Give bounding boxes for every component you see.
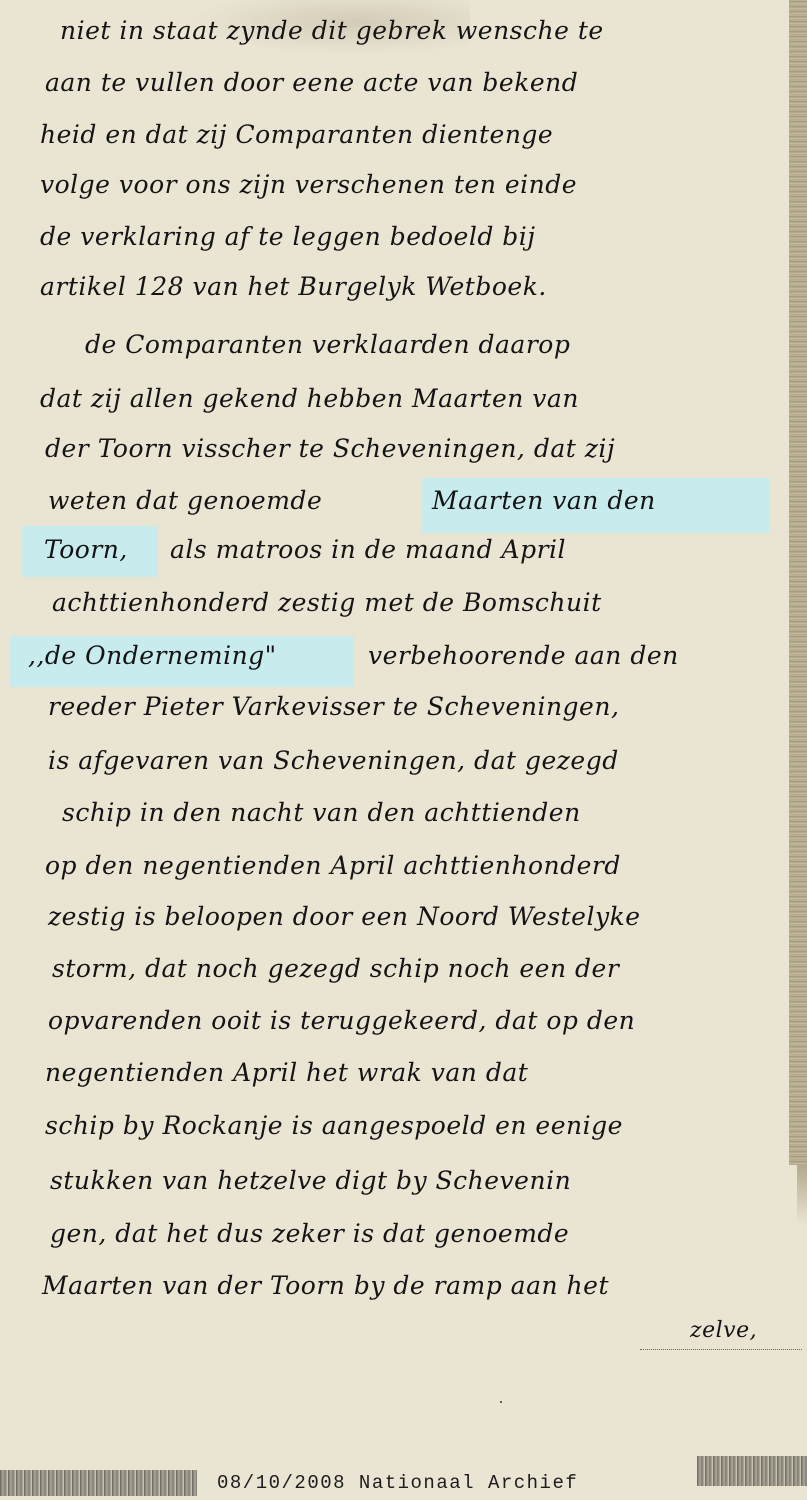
highlighted-text-toorn: Toorn, — [44, 537, 128, 562]
footer-scan-artifact-left — [0, 1470, 197, 1496]
text-line: stukken van hetzelve digt by Schevenin — [50, 1168, 571, 1193]
text-line: schip in den nacht van den achttienden — [62, 800, 581, 825]
text-line-signoff: zelve, — [690, 1320, 757, 1342]
text-line: weten dat genoemde — [48, 488, 322, 513]
highlighted-text-maarten: Maarten van den — [432, 488, 656, 513]
footer-scan-artifact-right — [697, 1456, 807, 1486]
text-line: aan te vullen door eene acte van bekend — [45, 70, 578, 95]
text-line: negentienden April het wrak van dat — [45, 1060, 528, 1085]
text-line: zestig is beloopen door een Noord Westel… — [48, 904, 641, 929]
text-line: dat zij allen gekend hebben Maarten van — [40, 386, 579, 411]
text-line: is afgevaren van Scheveningen, dat gezeg… — [48, 748, 619, 773]
signoff-rule — [640, 1349, 802, 1351]
text-line: niet in staat zynde dit gebrek wensche t… — [60, 18, 604, 43]
text-line: Maarten van der Toorn by de ramp aan het — [42, 1273, 609, 1298]
text-line: op den negentienden April achttienhonder… — [45, 853, 621, 878]
text-line: der Toorn visscher te Scheveningen, dat … — [45, 436, 615, 461]
archival-document-page: niet in staat zynde dit gebrek wensche t… — [0, 0, 807, 1500]
page-edge-binding-tail — [797, 1165, 807, 1225]
text-line: als matroos in de maand April — [170, 537, 566, 562]
text-line: volge voor ons zijn verschenen ten einde — [40, 172, 577, 197]
page-edge-binding — [789, 0, 807, 1165]
text-line: opvarenden ooit is teruggekeerd, dat op … — [48, 1008, 635, 1033]
text-line: gen, dat het dus zeker is dat genoemde — [50, 1221, 569, 1246]
text-line: storm, dat noch gezegd schip noch een de… — [52, 956, 619, 981]
archive-stamp: 08/10/2008 Nationaal Archief — [217, 1472, 578, 1494]
text-line: reeder Pieter Varkevisser te Scheveninge… — [48, 694, 619, 719]
highlighted-text-ship: ,,de Onderneming" — [28, 643, 277, 668]
text-line: verbehoorende aan den — [368, 643, 679, 668]
text-line: artikel 128 van het Burgelyk Wetboek. — [40, 274, 547, 299]
text-line: schip by Rockanje is aangespoeld en eeni… — [45, 1113, 623, 1138]
ink-dot — [500, 1401, 502, 1403]
text-line: achttienhonderd zestig met de Bomschuit — [52, 590, 602, 615]
text-line: heid en dat zij Comparanten dientenge — [40, 122, 553, 147]
text-line: de Comparanten verklaarden daarop — [85, 332, 570, 357]
text-line: de verklaring af te leggen bedoeld bij — [40, 224, 536, 249]
